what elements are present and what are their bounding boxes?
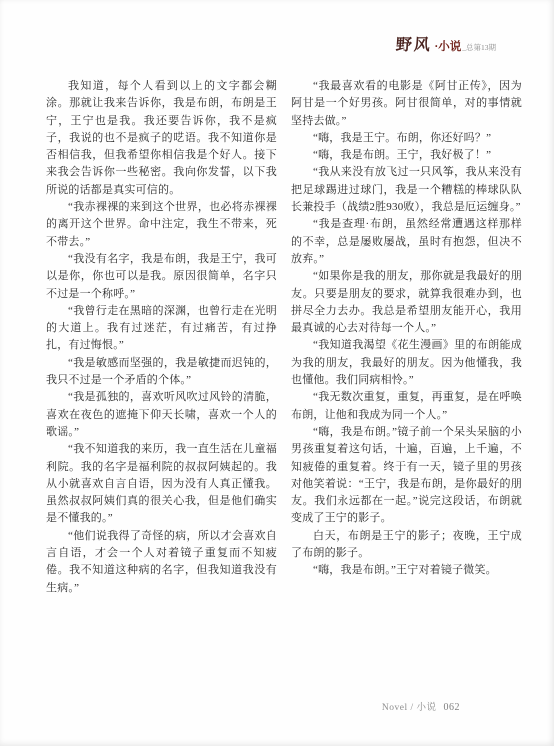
paragraph: “我知道我渴望《花生漫画》里的布朗能成为我的朋友，我最好的朋友。因为他懂我，我也… (291, 337, 522, 389)
magazine-page: 野风 ·小说 _总第13期 我知道，每个人看到以上的文字都会糊涂。那就让我来告诉… (0, 0, 554, 746)
paragraph: “我是查理·布朗，虽然经常遭遇这样那样的不幸，总是屡败屡战，虽时有抱怨，但决不放… (291, 216, 522, 268)
magazine-section-label: ·小说 (434, 38, 461, 54)
paragraph: “我是敏感而坚强的，我是敏捷而迟钝的，我只不过是一个矛盾的个体。” (46, 355, 277, 390)
paragraph: “我不知道我的来历，我一直生活在儿童福利院。我的名字是福利院的叔叔阿姨起的。我从… (46, 441, 277, 527)
paragraph: “我赤裸裸的来到这个世界，也必将赤裸裸的离开这个世界。命中注定，我生不带来，死不… (46, 199, 277, 251)
paragraph: “嗨，我是布朗。”王宁对着镜子微笑。 (291, 562, 522, 579)
paragraph: “嗨，我是王宁。布朗，你还好吗？” (291, 130, 522, 147)
footer-page-number: 062 (444, 702, 461, 713)
paragraph: “我曾行走在黑暗的深渊，也曾行走在光明的大道上。我有过迷茫，有过痛苦，有过挣扎，… (46, 303, 277, 355)
paragraph: “嗨，我是布朗。”镜子前一个呆头呆脑的小男孩重复着这句话，十遍，百遍，上千遍，不… (291, 424, 522, 528)
right-column: “我最喜欢看的电影是《阿甘正传》，因为阿甘是一个好男孩。阿甘很简单，对的事情就坚… (291, 78, 522, 597)
left-column: 我知道，每个人看到以上的文字都会糊涂。那就让我来告诉你，我是布朗，布朗是王宁，王… (46, 78, 277, 597)
paragraph: “我是孤独的，喜欢听风吹过风铃的清脆，喜欢在夜色的遮掩下仰天长啸，喜欢一个人的歌… (46, 389, 277, 441)
paragraph: 白天，布朗是王宁的影子；夜晚，王宁成了布朗的影子。 (291, 528, 522, 563)
page-header: 野风 ·小说 _总第13期 (396, 32, 496, 55)
paragraph: “我从来没有放飞过一只风筝，我从来没有把足球踢进过球门，我是一个糟糕的棒球队队长… (291, 164, 522, 216)
footer-section-label: Novel / 小说 (382, 703, 437, 713)
issue-number-label: _总第13期 (462, 42, 496, 53)
page-footer: Novel / 小说062 (382, 699, 460, 713)
two-column-text-block: 我知道，每个人看到以上的文字都会糊涂。那就让我来告诉你，我是布朗，布朗是王宁，王… (46, 78, 522, 597)
paragraph: “我没有名字，我是布朗，我是王宁，我可以是你，你也可以是我。原因很简单，名字只不… (46, 251, 277, 303)
paragraph: 我知道，每个人看到以上的文字都会糊涂。那就让我来告诉你，我是布朗，布朗是王宁，王… (46, 78, 277, 199)
paragraph: “如果你是我的朋友，那你就是我最好的朋友。只要是朋友的要求，就算我很难办到，也拼… (291, 268, 522, 337)
paragraph: “他们说我得了奇怪的病，所以才会喜欢自言自语，才会一个人对着镜子重复而不知疲倦。… (46, 528, 277, 597)
paragraph: “我最喜欢看的电影是《阿甘正传》，因为阿甘是一个好男孩。阿甘很简单，对的事情就坚… (291, 78, 522, 130)
paragraph: “嗨，我是布朗。王宁，我好极了！” (291, 147, 522, 164)
paragraph: “我无数次重复，重复，再重复，是在呼唤布朗，让他和我成为同一个人。” (291, 389, 522, 424)
magazine-logo-calligraphy: 野风 (396, 32, 434, 55)
